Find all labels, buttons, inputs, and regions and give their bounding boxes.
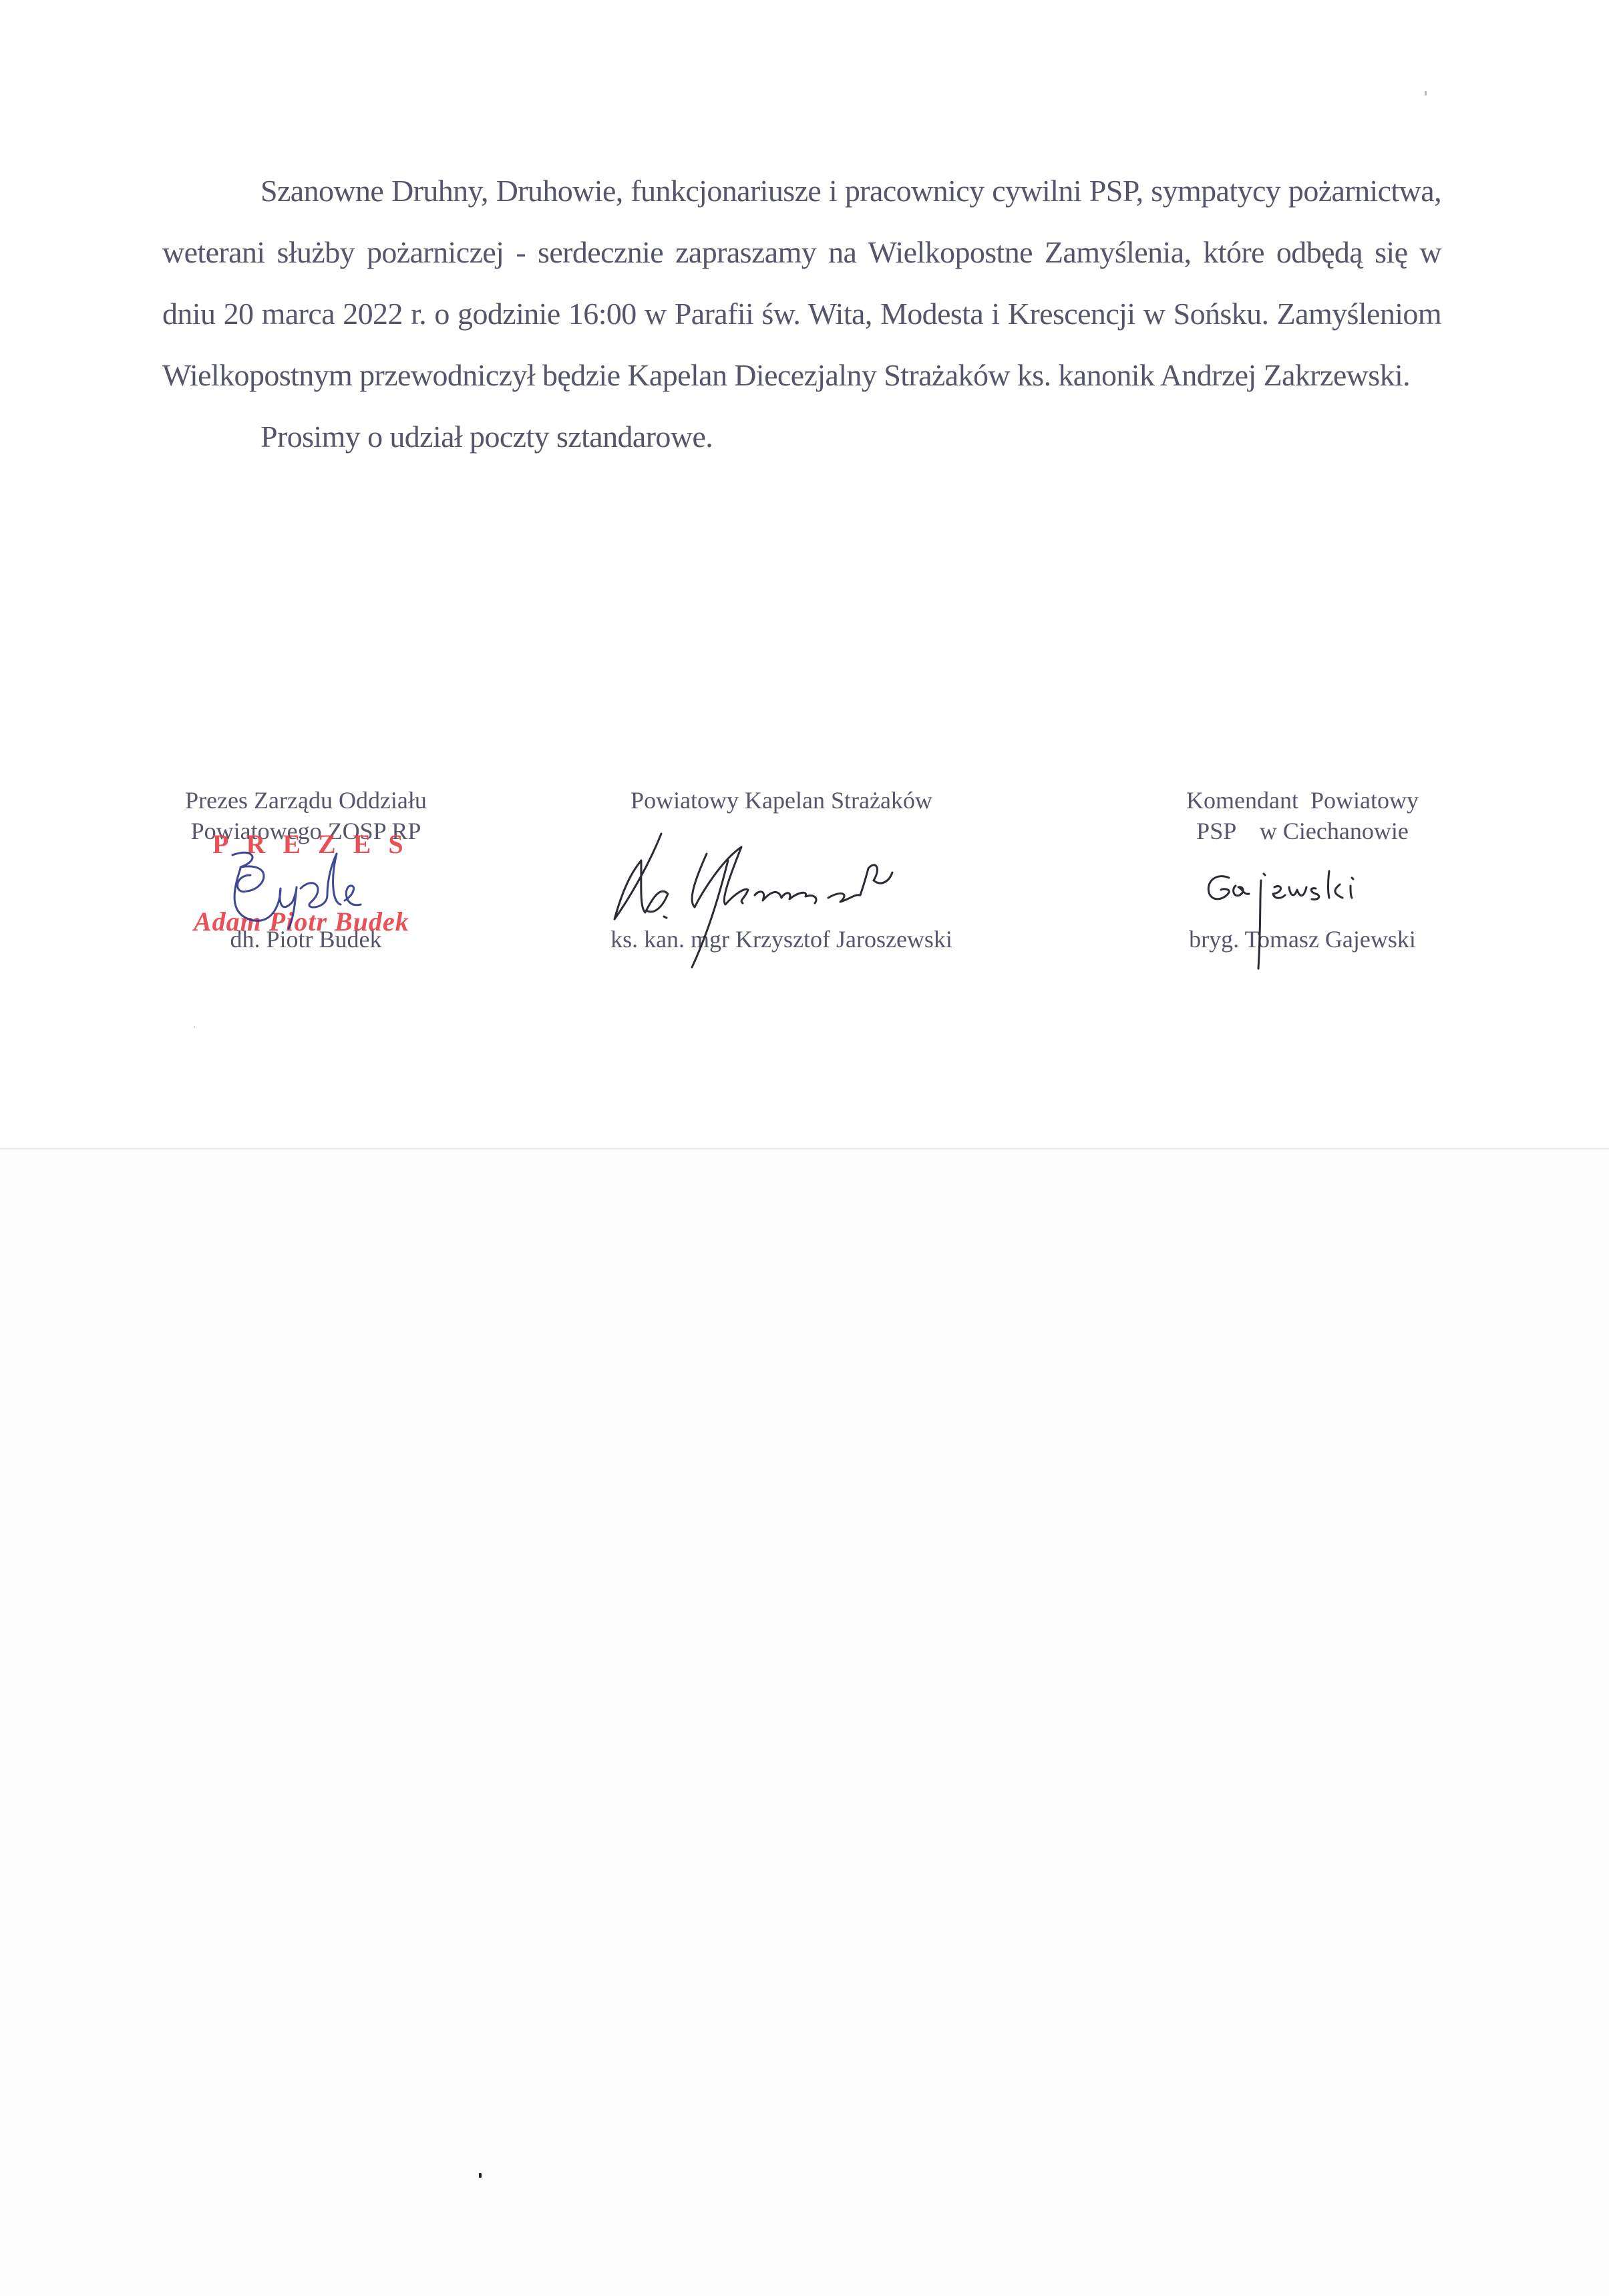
- signatory-title-line: Komendant Powiatowy: [1149, 785, 1456, 816]
- signatory-title-line: Prezes Zarządu Oddziału: [162, 785, 450, 816]
- scan-speck: [1425, 91, 1427, 96]
- scan-lower-half: [0, 1149, 1609, 2296]
- signatory-title-line: PSP w Ciechanowie: [1149, 816, 1456, 846]
- handwritten-signature-budek: [214, 848, 387, 935]
- scan-speck: [194, 1026, 195, 1028]
- handwritten-signature-gajewski: [1202, 868, 1396, 975]
- scan-speck: [479, 2173, 482, 2178]
- paper-fold-line: [0, 1148, 1609, 1150]
- signatory-title-line: Powiatowy Kapelan Strażaków: [571, 785, 992, 816]
- request-paragraph: Prosimy o udział poczty sztandarowe.: [162, 406, 1441, 468]
- letter-page: Szanowne Druhny, Druhowie, funkcjonarius…: [0, 0, 1609, 2296]
- invitation-paragraph: Szanowne Druhny, Druhowie, funkcjonarius…: [162, 160, 1441, 406]
- letter-body: Szanowne Druhny, Druhowie, funkcjonarius…: [162, 160, 1441, 468]
- handwritten-signature-jaroszewski: [588, 834, 962, 974]
